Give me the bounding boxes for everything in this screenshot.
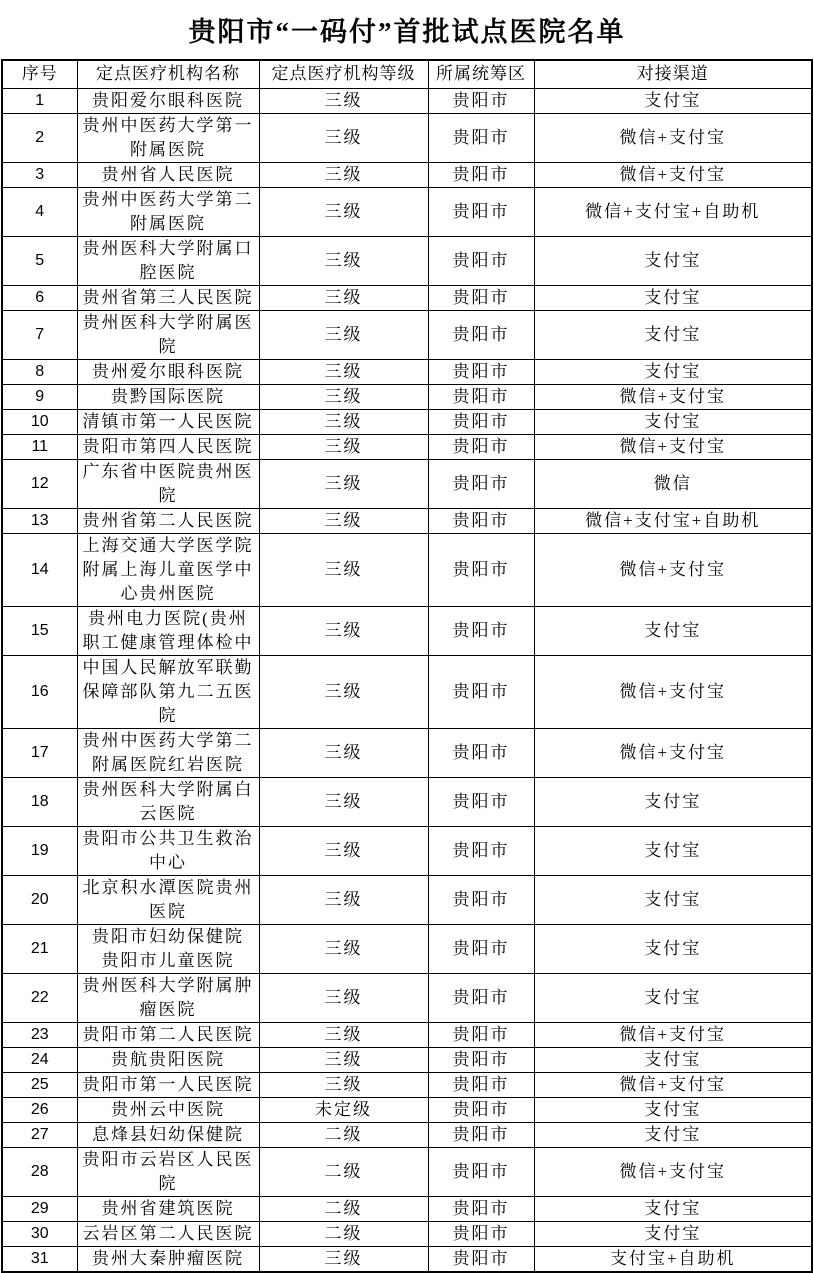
cell-channel: 支付宝	[534, 1221, 812, 1246]
cell-region: 贵阳市	[428, 310, 534, 359]
cell-channel: 支付宝	[534, 875, 812, 924]
cell-level: 三级	[259, 1072, 428, 1097]
cell-level: 三级	[259, 606, 428, 655]
cell-no: 26	[2, 1097, 77, 1122]
cell-level: 三级	[259, 1022, 428, 1047]
cell-channel: 支付宝	[534, 409, 812, 434]
cell-region: 贵阳市	[428, 533, 534, 606]
cell-region: 贵阳市	[428, 88, 534, 113]
cell-no: 22	[2, 973, 77, 1022]
cell-no: 3	[2, 162, 77, 187]
column-header-3: 所属统筹区	[428, 60, 534, 88]
cell-no: 17	[2, 728, 77, 777]
cell-name: 贵州中医药大学第一附属医院	[77, 113, 259, 162]
cell-region: 贵阳市	[428, 236, 534, 285]
cell-level: 三级	[259, 236, 428, 285]
cell-region: 贵阳市	[428, 359, 534, 384]
cell-region: 贵阳市	[428, 459, 534, 508]
cell-name: 北京积水潭医院贵州医院	[77, 875, 259, 924]
cell-no: 7	[2, 310, 77, 359]
table-row: 1贵阳爱尔眼科医院三级贵阳市支付宝	[2, 88, 812, 113]
cell-channel: 微信+支付宝+自助机	[534, 508, 812, 533]
cell-channel: 支付宝	[534, 1196, 812, 1221]
table-row: 5贵州医科大学附属口腔医院三级贵阳市支付宝	[2, 236, 812, 285]
cell-name: 贵阳市妇幼保健院 贵阳市儿童医院	[77, 924, 259, 973]
cell-channel: 支付宝	[534, 1097, 812, 1122]
cell-channel: 支付宝	[534, 1047, 812, 1072]
table-row: 31贵州大秦肿瘤医院三级贵阳市支付宝+自助机	[2, 1246, 812, 1272]
cell-region: 贵阳市	[428, 285, 534, 310]
cell-level: 三级	[259, 728, 428, 777]
cell-no: 19	[2, 826, 77, 875]
cell-region: 贵阳市	[428, 1196, 534, 1221]
cell-region: 贵阳市	[428, 1221, 534, 1246]
table-row: 29贵州省建筑医院二级贵阳市支付宝	[2, 1196, 812, 1221]
cell-name: 贵黔国际医院	[77, 384, 259, 409]
cell-region: 贵阳市	[428, 187, 534, 236]
cell-channel: 微信+支付宝	[534, 655, 812, 728]
cell-channel: 微信+支付宝	[534, 1022, 812, 1047]
table-row: 4贵州中医药大学第二附属医院三级贵阳市微信+支付宝+自助机	[2, 187, 812, 236]
table-row: 21贵阳市妇幼保健院 贵阳市儿童医院三级贵阳市支付宝	[2, 924, 812, 973]
cell-level: 三级	[259, 875, 428, 924]
cell-name: 贵州省建筑医院	[77, 1196, 259, 1221]
table-row: 7贵州医科大学附属医院三级贵阳市支付宝	[2, 310, 812, 359]
cell-level: 三级	[259, 409, 428, 434]
table-row: 22贵州医科大学附属肿瘤医院三级贵阳市支付宝	[2, 973, 812, 1022]
cell-region: 贵阳市	[428, 434, 534, 459]
table-row: 3贵州省人民医院三级贵阳市微信+支付宝	[2, 162, 812, 187]
table-row: 10清镇市第一人民医院三级贵阳市支付宝	[2, 409, 812, 434]
cell-no: 6	[2, 285, 77, 310]
table-row: 25贵阳市第一人民医院三级贵阳市微信+支付宝	[2, 1072, 812, 1097]
table-row: 28贵阳市云岩区人民医院二级贵阳市微信+支付宝	[2, 1147, 812, 1196]
cell-name: 贵州爱尔眼科医院	[77, 359, 259, 384]
cell-level: 三级	[259, 1047, 428, 1072]
column-header-0: 序号	[2, 60, 77, 88]
cell-channel: 微信+支付宝	[534, 1147, 812, 1196]
cell-name: 贵阳市公共卫生救治中心	[77, 826, 259, 875]
cell-no: 1	[2, 88, 77, 113]
cell-region: 贵阳市	[428, 1122, 534, 1147]
cell-no: 28	[2, 1147, 77, 1196]
cell-channel: 支付宝	[534, 1122, 812, 1147]
cell-no: 12	[2, 459, 77, 508]
cell-name: 中国人民解放军联勤保障部队第九二五医院	[77, 655, 259, 728]
cell-no: 25	[2, 1072, 77, 1097]
table-row: 24贵航贵阳医院三级贵阳市支付宝	[2, 1047, 812, 1072]
table-header-row: 序号定点医疗机构名称定点医疗机构等级所属统筹区对接渠道	[2, 60, 812, 88]
cell-name: 贵阳市第二人民医院	[77, 1022, 259, 1047]
cell-no: 15	[2, 606, 77, 655]
cell-level: 三级	[259, 533, 428, 606]
cell-name: 贵航贵阳医院	[77, 1047, 259, 1072]
cell-region: 贵阳市	[428, 113, 534, 162]
cell-region: 贵阳市	[428, 973, 534, 1022]
page-title: 贵阳市“一码付”首批试点医院名单	[0, 12, 814, 52]
table-row: 9贵黔国际医院三级贵阳市微信+支付宝	[2, 384, 812, 409]
cell-channel: 支付宝	[534, 606, 812, 655]
cell-no: 4	[2, 187, 77, 236]
cell-no: 23	[2, 1022, 77, 1047]
table-row: 14上海交通大学医学院附属上海儿童医学中心贵州医院三级贵阳市微信+支付宝	[2, 533, 812, 606]
cell-no: 14	[2, 533, 77, 606]
table-row: 23贵阳市第二人民医院三级贵阳市微信+支付宝	[2, 1022, 812, 1047]
cell-name: 贵阳爱尔眼科医院	[77, 88, 259, 113]
cell-channel: 微信	[534, 459, 812, 508]
cell-name: 贵州中医药大学第二附属医院红岩医院	[77, 728, 259, 777]
cell-region: 贵阳市	[428, 606, 534, 655]
cell-name: 贵州省第三人民医院	[77, 285, 259, 310]
cell-level: 三级	[259, 384, 428, 409]
table-row: 17贵州中医药大学第二附属医院红岩医院三级贵阳市微信+支付宝	[2, 728, 812, 777]
cell-name: 清镇市第一人民医院	[77, 409, 259, 434]
cell-level: 三级	[259, 113, 428, 162]
cell-region: 贵阳市	[428, 924, 534, 973]
cell-no: 24	[2, 1047, 77, 1072]
cell-name: 贵阳市云岩区人民医院	[77, 1147, 259, 1196]
cell-level: 三级	[259, 655, 428, 728]
table-row: 16中国人民解放军联勤保障部队第九二五医院三级贵阳市微信+支付宝	[2, 655, 812, 728]
cell-region: 贵阳市	[428, 655, 534, 728]
column-header-2: 定点医疗机构等级	[259, 60, 428, 88]
cell-channel: 支付宝	[534, 359, 812, 384]
table-row: 8贵州爱尔眼科医院三级贵阳市支付宝	[2, 359, 812, 384]
cell-level: 二级	[259, 1196, 428, 1221]
cell-name: 贵州医科大学附属口腔医院	[77, 236, 259, 285]
cell-channel: 支付宝	[534, 924, 812, 973]
cell-region: 贵阳市	[428, 1147, 534, 1196]
cell-name: 贵州医科大学附属肿瘤医院	[77, 973, 259, 1022]
cell-name: 贵阳市第一人民医院	[77, 1072, 259, 1097]
cell-region: 贵阳市	[428, 1097, 534, 1122]
cell-name: 贵州中医药大学第二附属医院	[77, 187, 259, 236]
cell-no: 9	[2, 384, 77, 409]
table-row: 26贵州云中医院未定级贵阳市支付宝	[2, 1097, 812, 1122]
cell-channel: 微信+支付宝	[534, 113, 812, 162]
cell-channel: 微信+支付宝	[534, 728, 812, 777]
cell-level: 未定级	[259, 1097, 428, 1122]
table-row: 2贵州中医药大学第一附属医院三级贵阳市微信+支付宝	[2, 113, 812, 162]
cell-region: 贵阳市	[428, 875, 534, 924]
cell-name: 贵州医科大学附属医院	[77, 310, 259, 359]
cell-no: 27	[2, 1122, 77, 1147]
cell-channel: 支付宝	[534, 285, 812, 310]
cell-level: 三级	[259, 162, 428, 187]
cell-region: 贵阳市	[428, 162, 534, 187]
cell-name: 贵阳市第四人民医院	[77, 434, 259, 459]
cell-no: 20	[2, 875, 77, 924]
table-row: 15贵州电力医院(贵州职工健康管理体检中三级贵阳市支付宝	[2, 606, 812, 655]
cell-level: 三级	[259, 285, 428, 310]
cell-level: 三级	[259, 359, 428, 384]
cell-channel: 微信+支付宝	[534, 1072, 812, 1097]
cell-name: 贵州云中医院	[77, 1097, 259, 1122]
column-header-1: 定点医疗机构名称	[77, 60, 259, 88]
cell-name: 贵州医科大学附属白云医院	[77, 777, 259, 826]
table-row: 20北京积水潭医院贵州医院三级贵阳市支付宝	[2, 875, 812, 924]
cell-level: 三级	[259, 1246, 428, 1272]
cell-level: 三级	[259, 777, 428, 826]
table-row: 30云岩区第二人民医院二级贵阳市支付宝	[2, 1221, 812, 1246]
cell-channel: 支付宝	[534, 236, 812, 285]
cell-level: 三级	[259, 459, 428, 508]
table-row: 19贵阳市公共卫生救治中心三级贵阳市支付宝	[2, 826, 812, 875]
cell-level: 三级	[259, 508, 428, 533]
cell-channel: 支付宝	[534, 777, 812, 826]
cell-region: 贵阳市	[428, 1072, 534, 1097]
cell-no: 30	[2, 1221, 77, 1246]
cell-name: 云岩区第二人民医院	[77, 1221, 259, 1246]
cell-no: 2	[2, 113, 77, 162]
cell-level: 三级	[259, 973, 428, 1022]
cell-channel: 微信+支付宝	[534, 384, 812, 409]
cell-no: 31	[2, 1246, 77, 1272]
cell-region: 贵阳市	[428, 409, 534, 434]
cell-channel: 微信+支付宝	[534, 434, 812, 459]
cell-channel: 支付宝	[534, 826, 812, 875]
cell-region: 贵阳市	[428, 826, 534, 875]
cell-level: 三级	[259, 187, 428, 236]
cell-no: 10	[2, 409, 77, 434]
cell-channel: 微信+支付宝	[534, 533, 812, 606]
table-row: 27息烽县妇幼保健院二级贵阳市支付宝	[2, 1122, 812, 1147]
cell-level: 二级	[259, 1221, 428, 1246]
cell-level: 三级	[259, 88, 428, 113]
table-row: 11贵阳市第四人民医院三级贵阳市微信+支付宝	[2, 434, 812, 459]
cell-region: 贵阳市	[428, 1047, 534, 1072]
cell-channel: 微信+支付宝	[534, 162, 812, 187]
cell-no: 5	[2, 236, 77, 285]
cell-channel: 支付宝+自助机	[534, 1246, 812, 1272]
cell-no: 21	[2, 924, 77, 973]
cell-region: 贵阳市	[428, 777, 534, 826]
cell-level: 三级	[259, 434, 428, 459]
cell-level: 三级	[259, 310, 428, 359]
cell-name: 贵州电力医院(贵州职工健康管理体检中	[77, 606, 259, 655]
cell-no: 8	[2, 359, 77, 384]
cell-channel: 支付宝	[534, 973, 812, 1022]
table-row: 6贵州省第三人民医院三级贵阳市支付宝	[2, 285, 812, 310]
cell-level: 三级	[259, 924, 428, 973]
cell-channel: 支付宝	[534, 88, 812, 113]
document-page: 贵阳市“一码付”首批试点医院名单 序号定点医疗机构名称定点医疗机构等级所属统筹区…	[0, 0, 814, 1273]
cell-channel: 微信+支付宝+自助机	[534, 187, 812, 236]
cell-name: 贵州省人民医院	[77, 162, 259, 187]
cell-name: 贵州省第二人民医院	[77, 508, 259, 533]
cell-region: 贵阳市	[428, 728, 534, 777]
cell-no: 13	[2, 508, 77, 533]
cell-region: 贵阳市	[428, 508, 534, 533]
cell-name: 广东省中医院贵州医院	[77, 459, 259, 508]
cell-no: 16	[2, 655, 77, 728]
table-row: 13贵州省第二人民医院三级贵阳市微信+支付宝+自助机	[2, 508, 812, 533]
cell-no: 11	[2, 434, 77, 459]
cell-channel: 支付宝	[534, 310, 812, 359]
cell-region: 贵阳市	[428, 1246, 534, 1272]
column-header-4: 对接渠道	[534, 60, 812, 88]
table-row: 12广东省中医院贵州医院三级贵阳市微信	[2, 459, 812, 508]
cell-level: 二级	[259, 1147, 428, 1196]
table-row: 18贵州医科大学附属白云医院三级贵阳市支付宝	[2, 777, 812, 826]
cell-name: 贵州大秦肿瘤医院	[77, 1246, 259, 1272]
cell-name: 上海交通大学医学院附属上海儿童医学中心贵州医院	[77, 533, 259, 606]
cell-region: 贵阳市	[428, 1022, 534, 1047]
cell-region: 贵阳市	[428, 384, 534, 409]
cell-name: 息烽县妇幼保健院	[77, 1122, 259, 1147]
cell-no: 18	[2, 777, 77, 826]
cell-no: 29	[2, 1196, 77, 1221]
cell-level: 二级	[259, 1122, 428, 1147]
hospital-table: 序号定点医疗机构名称定点医疗机构等级所属统筹区对接渠道 1贵阳爱尔眼科医院三级贵…	[1, 59, 813, 1273]
cell-level: 三级	[259, 826, 428, 875]
